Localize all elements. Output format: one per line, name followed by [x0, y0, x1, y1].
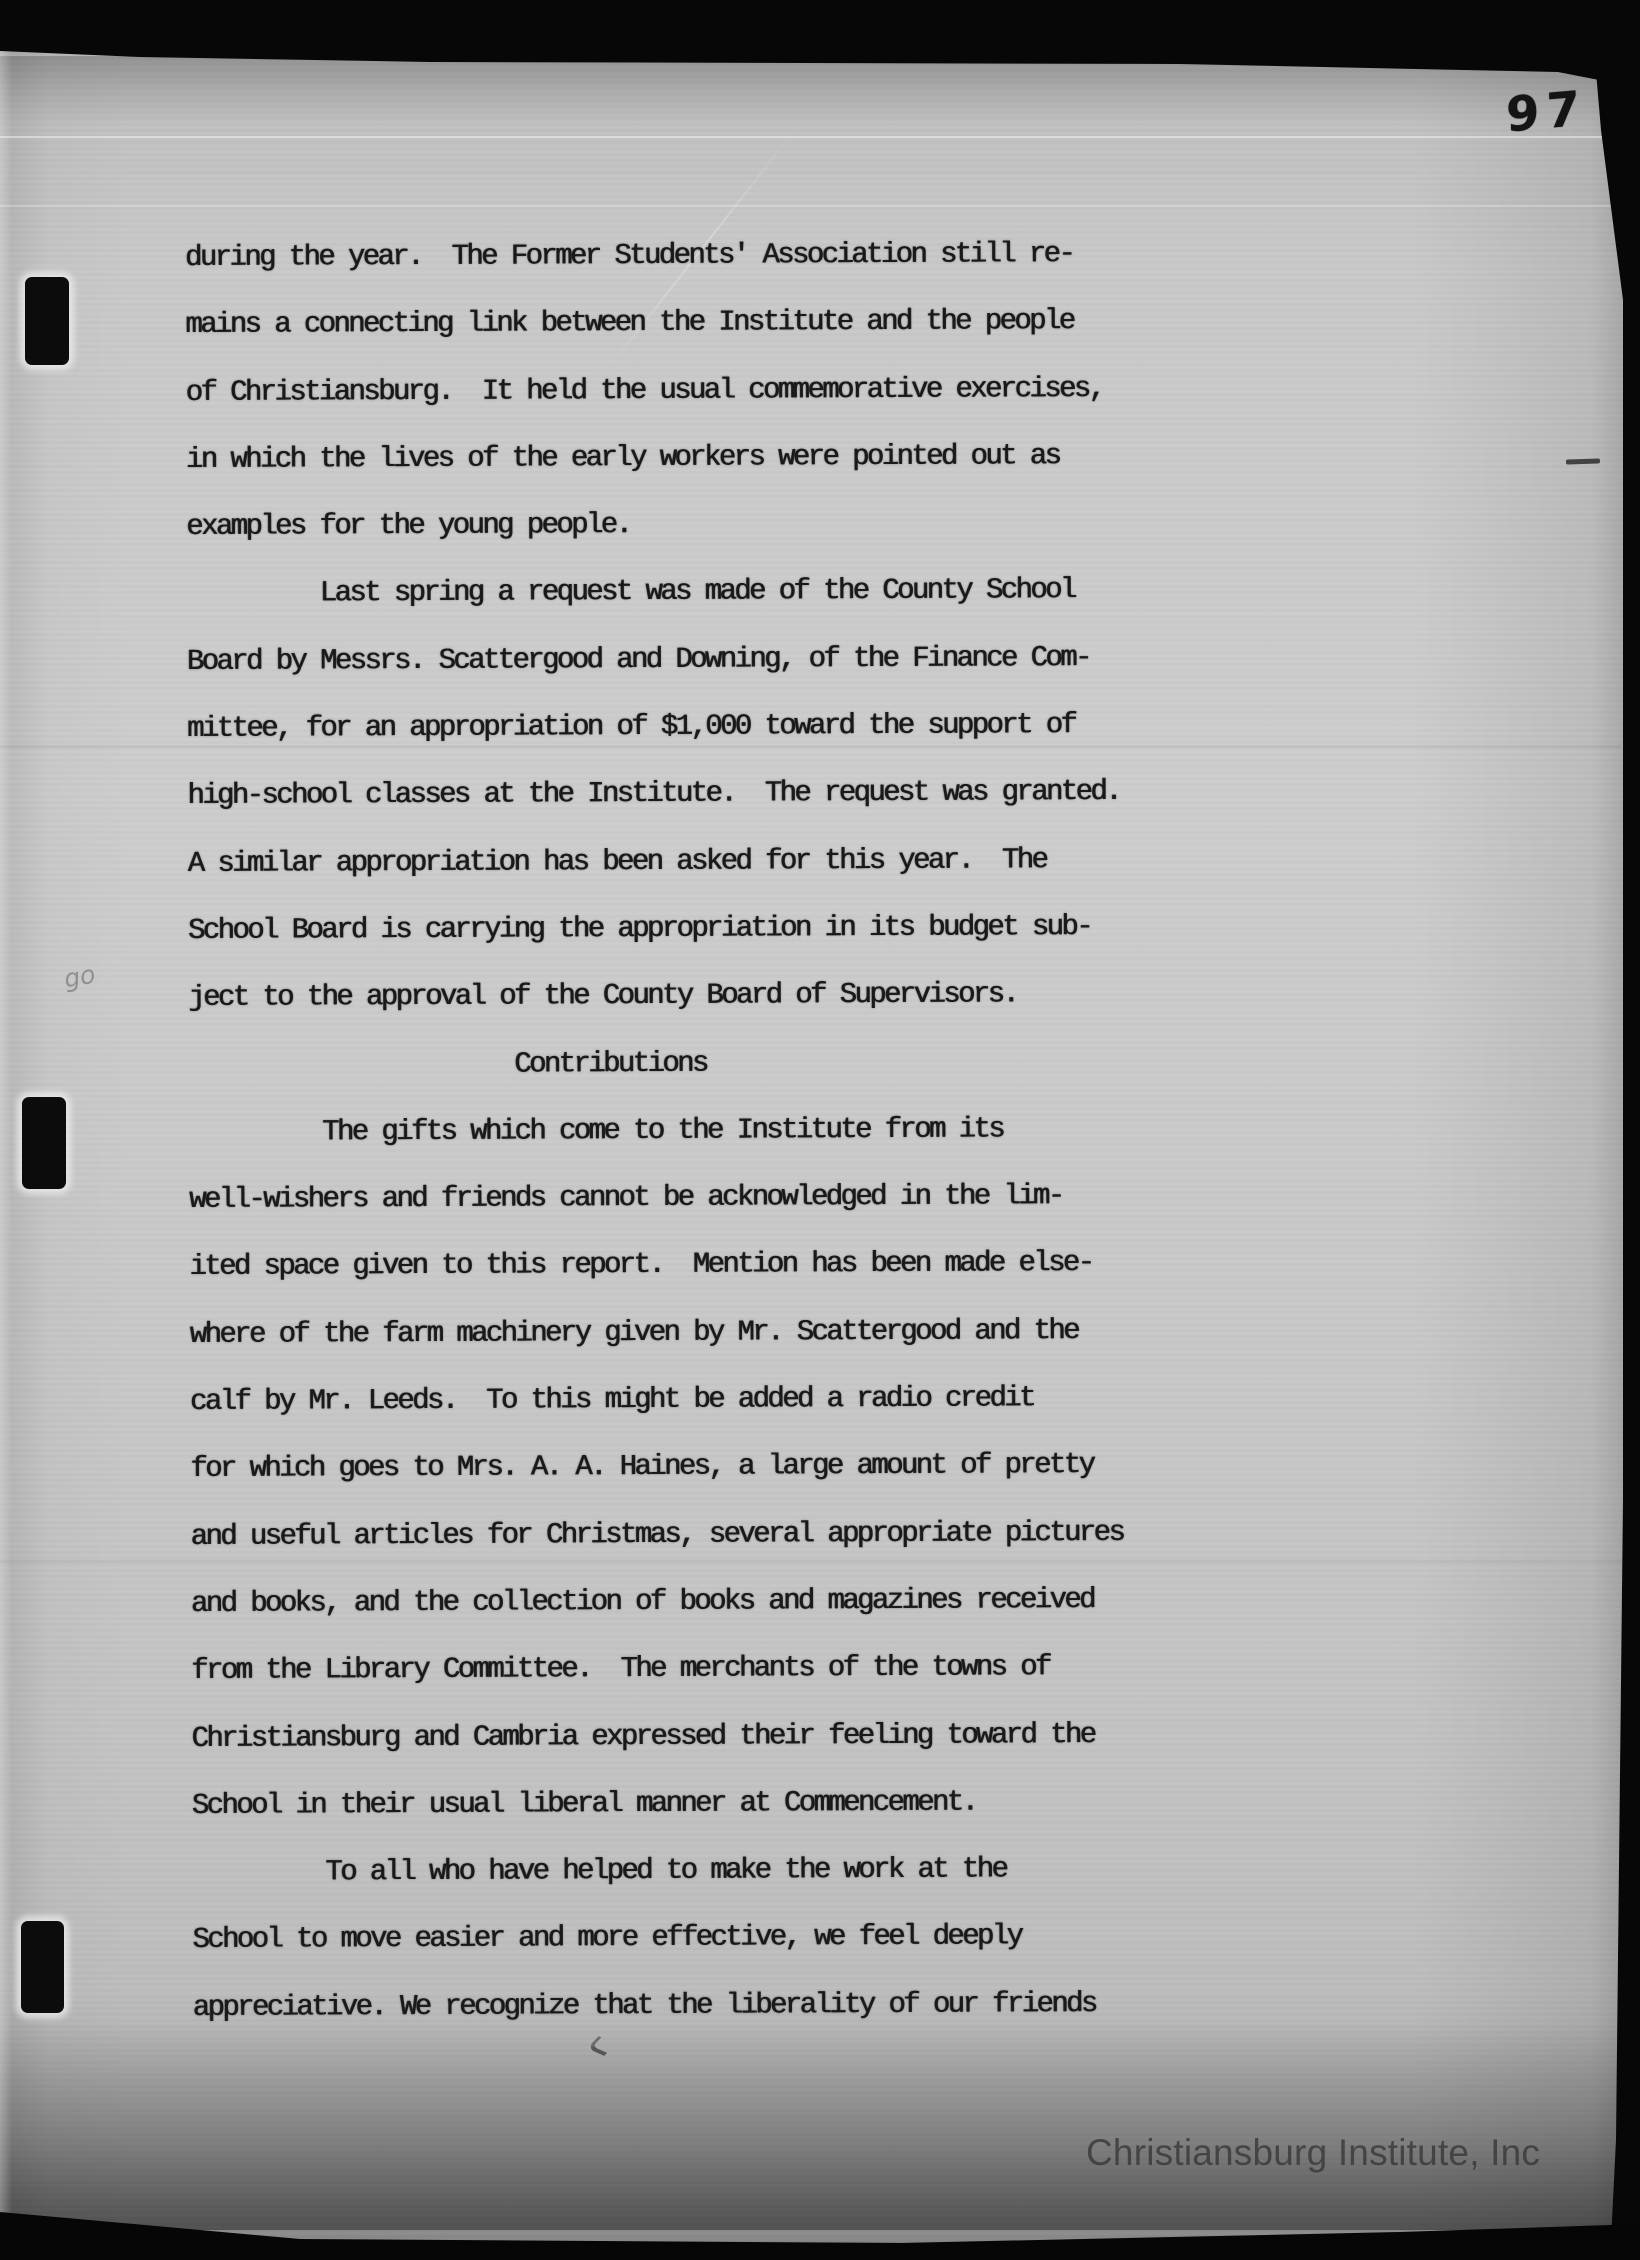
scanned-document-page: during the year. The Former Students' As…	[0, 0, 1640, 2260]
scanner-black-edge-bottom	[0, 0, 1640, 2260]
